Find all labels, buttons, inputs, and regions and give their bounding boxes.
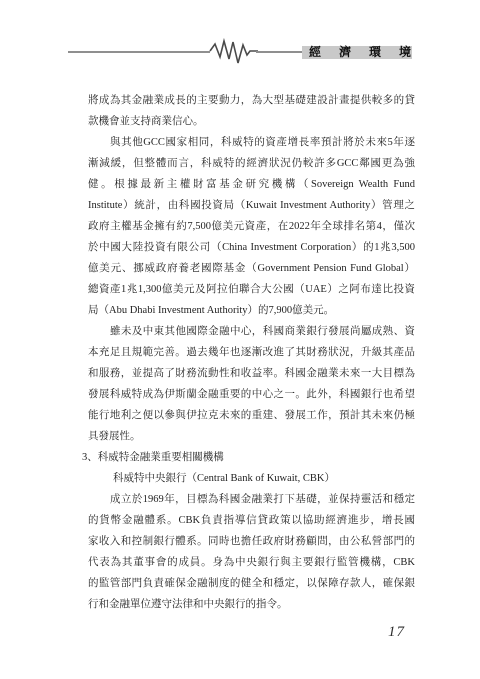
text-line: 家收入和控制銀行體系。同時也擔任政府財務顧問，由公私營部門的 bbox=[88, 531, 415, 552]
text-line: 於中國大陸投資有限公司（China Investment Corporation… bbox=[88, 237, 415, 258]
text-line: Institute）統計，由科國投資局（Kuwait Investment Au… bbox=[88, 195, 415, 216]
text-line: 本充足且規範完善。過去幾年也逐漸改進了其財務狀況，升級其產品 bbox=[88, 342, 415, 363]
text-line: 具發展性。 bbox=[88, 426, 415, 447]
section-title-bar: 經濟環境 bbox=[302, 46, 412, 59]
waveform-icon bbox=[209, 36, 259, 68]
text-line: 雖未及中東其他國際金融中心，科國商業銀行發展尚屬成熟、資 bbox=[88, 321, 415, 342]
body-text: 將成為其金融業成長的主要動力，為大型基礎建設計畫提供較多的貸款機會並支持商業信心… bbox=[88, 90, 415, 615]
text-line: 與其他GCC國家相同，科威特的資產增長率預計將於未來5年逐 bbox=[88, 132, 415, 153]
text-line: 3、科威特金融業重要相關機構 bbox=[82, 447, 415, 468]
text-line: 成立於1969年，目標為科國金融業打下基礎，並保持靈活和穩定 bbox=[88, 489, 415, 510]
text-line: 代表為其董事會的成員。身為中央銀行與主要銀行監管機構，CBK bbox=[88, 552, 415, 573]
text-line: 科威特中央銀行（Central Bank of Kuwait, CBK） bbox=[88, 468, 415, 489]
text-line: 能行地利之便以參與伊拉克未來的重建、發展工作，預計其未來仍極 bbox=[88, 405, 415, 426]
text-line: 的貨幣金融體系。CBK負責指導信貸政策以協助經濟進步，增長國 bbox=[88, 510, 415, 531]
text-line: 億美元、挪威政府養老國際基金（Government Pension Fund G… bbox=[88, 258, 415, 279]
header-rule-left bbox=[68, 51, 210, 53]
text-line: 將成為其金融業成長的主要動力，為大型基礎建設計畫提供較多的貸 bbox=[88, 90, 415, 111]
text-line: 政府主權基金擁有約7,500億美元資產，在2022年全球排名第4，僅次 bbox=[88, 216, 415, 237]
text-line: 總資產1兆1,300億美元及阿拉伯聯合大公國（UAE）之阿布達比投資 bbox=[88, 279, 415, 300]
text-line: 局（Abu Dhabi Investment Authority）的7,900億… bbox=[88, 300, 415, 321]
text-line: 漸減緩，但整體而言，科威特的經濟狀況仍較許多GCC鄰國更為強 bbox=[88, 153, 415, 174]
section-title: 經濟環境 bbox=[309, 46, 429, 59]
text-line: 和服務，並提高了財務流動性和收益率。科國金融業未來一大目標為 bbox=[88, 363, 415, 384]
document-page: 經濟環境 將成為其金融業成長的主要動力，為大型基礎建設計畫提供較多的貸款機會並支… bbox=[0, 0, 480, 679]
text-line: 行和金融單位遵守法律和中央銀行的指令。 bbox=[88, 594, 415, 615]
header-rule-right bbox=[256, 51, 303, 53]
text-line: 發展科威特成為伊斯蘭金融重要的中心之一。此外，科國銀行也希望 bbox=[88, 384, 415, 405]
page-number: 17 bbox=[388, 624, 405, 641]
text-line: 款機會並支持商業信心。 bbox=[88, 111, 415, 132]
text-line: 的監管部門負責確保金融制度的健全和穩定，以保障存款人，確保銀 bbox=[88, 573, 415, 594]
text-line: 健。根據最新主權財富基金研究機構（Sovereign Wealth Fund bbox=[88, 174, 415, 195]
